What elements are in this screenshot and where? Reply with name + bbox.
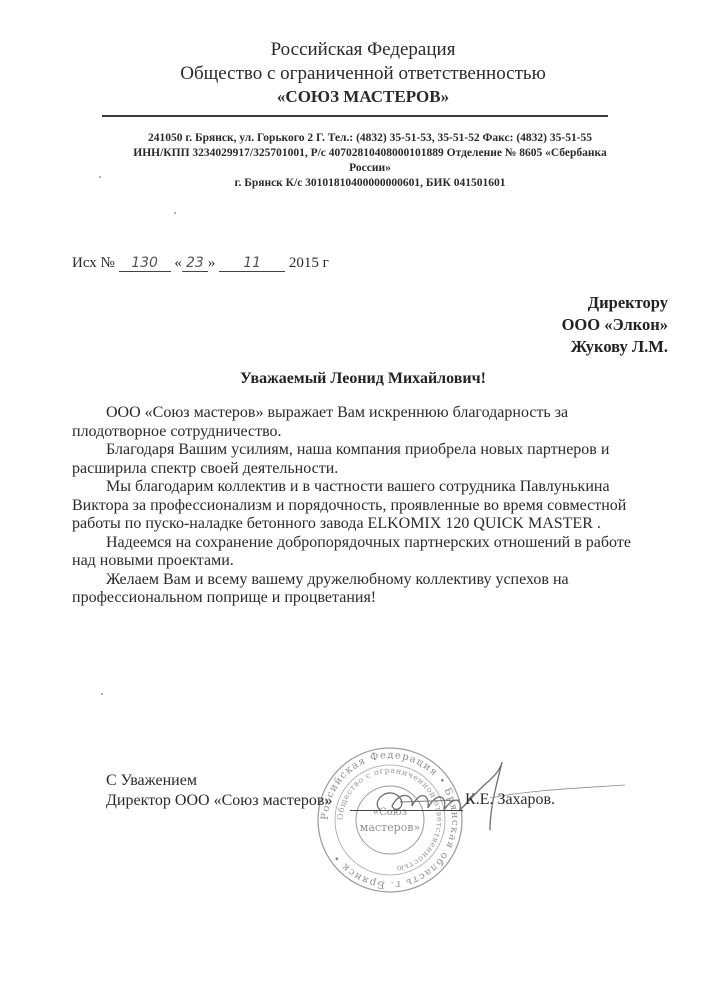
scan-speck [101,693,103,695]
closing-regards: С Уважением [106,771,332,791]
outgoing-day-open: « [174,255,182,271]
outgoing-month: 11 [219,255,285,272]
addressee-block: Директору ООО «Элкон» Жукову Л.М. [562,292,668,358]
requisites-account: г. Брянск К/с 30101810400000000601, БИК … [100,176,640,191]
body-paragraph: Желаем Вам и всему вашему дружелюбному к… [72,571,632,608]
scan-speck [174,212,176,214]
addressee-company: ООО «Элкон» [562,314,668,336]
header-divider [102,115,608,117]
body-paragraph: Надеемся на сохранение добропорядочных п… [72,534,632,571]
letterhead-org-type: Общество с ограниченной ответственностью [0,62,726,85]
closing-block: С Уважением Директор ООО «Союз мастеров» [106,771,332,811]
outgoing-day-close: » [208,255,216,271]
body-paragraph: ООО «Союз мастеров» выражает Вам искренн… [72,404,632,441]
signature-line [350,810,463,811]
letterhead-country: Российская Федерация [0,38,726,61]
letterhead-company: «СОЮЗ МАСТЕРОВ» [0,85,726,108]
outgoing-number-line: Исх № 130 «23» 11 2015 г [72,255,329,272]
signer-name: К.Е. Захаров. [465,791,555,809]
requisites-address: 241050 г. Брянск, ул. Горького 2 Г. Тел.… [100,131,640,146]
salutation: Уважаемый Леонид Михайлович! [0,370,726,388]
addressee-name: Жукову Л.М. [562,336,668,358]
body-paragraph: Благодаря Вашим усилиям, наша компания п… [72,441,632,478]
outgoing-number: 130 [119,255,171,272]
letter-body: ООО «Союз мастеров» выражает Вам искренн… [72,404,632,608]
addressee-position: Директору [562,292,668,314]
outgoing-year: 2015 г [289,255,329,271]
outgoing-day: 23 [182,255,208,272]
body-paragraph: Мы благодарим коллектив и в частности ва… [72,478,632,534]
closing-position: Директор ООО «Союз мастеров» [106,791,332,811]
scan-speck [99,176,101,178]
outgoing-prefix: Исх № [72,255,115,271]
requisites-bank-cont: России» [100,161,640,176]
requisites-bank: ИНН/КПП 3234029917/325701001, Р/с 407028… [100,146,640,161]
